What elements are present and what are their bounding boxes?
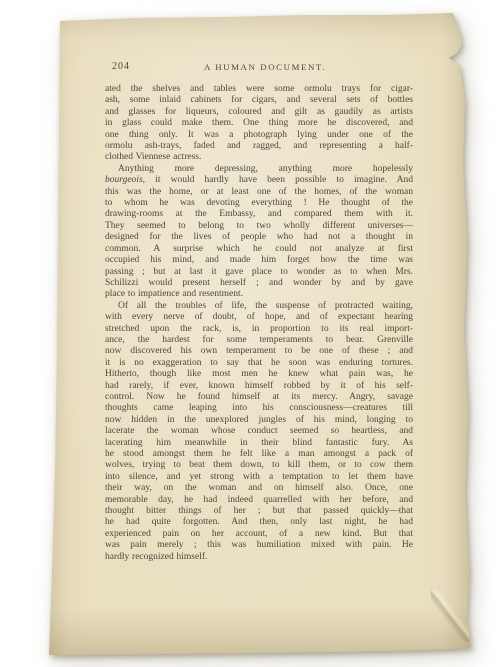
text-line: lacerating him meanwhile in their blind … bbox=[105, 438, 413, 449]
book-page: 204 A HUMAN DOCUMENT. ated the shelves a… bbox=[46, 12, 472, 658]
text-line: clothed Viennese actress. bbox=[105, 152, 413, 163]
paper-crease bbox=[431, 590, 469, 642]
text-line: They seemed to belong to two wholly diff… bbox=[105, 221, 413, 232]
text-line: ated the shelves and tables were some or… bbox=[105, 84, 413, 95]
text-line: bourgeois, it would hardly have been pos… bbox=[105, 175, 413, 186]
text-line: in glass could make them. One thing more… bbox=[105, 118, 413, 129]
text-line: Of all the troubles of life, the suspens… bbox=[105, 301, 413, 312]
scan-background: 204 A HUMAN DOCUMENT. ated the shelves a… bbox=[0, 0, 500, 667]
text-line: designed for the lives of people who had… bbox=[105, 232, 413, 243]
text-line: Schilizzi would present herself ; and wo… bbox=[105, 278, 413, 289]
text-line: to whom he was devoting everything ! He … bbox=[105, 198, 413, 209]
text-line: this was the home, or at least one of th… bbox=[105, 187, 413, 198]
text-line: drawing-rooms at the Embassy, and compar… bbox=[105, 209, 413, 220]
text-line: was pain merely ; this was humiliation m… bbox=[105, 540, 413, 551]
text-line: and glasses for liqueurs, coloured and g… bbox=[105, 107, 413, 118]
text-line: Hitherto, though like most men he knew w… bbox=[105, 369, 413, 380]
text-line: it is no exaggeration to say that he soo… bbox=[105, 358, 413, 369]
text-line: hardly recognized himself. bbox=[105, 552, 413, 563]
text-line: lacerate the woman whose conduct seemed … bbox=[105, 426, 413, 437]
text-line: stretched upon the rack, is, in proporti… bbox=[105, 324, 413, 335]
text-line: place to impatience and resentment. bbox=[105, 289, 413, 300]
text-line: thoughts came leaping into his conscious… bbox=[105, 403, 413, 414]
text-line: into silence, and yet strong with a temp… bbox=[105, 472, 413, 483]
text-line: now discovered his own temperament to be… bbox=[105, 346, 413, 357]
text-line: control. Now he found himself at its mer… bbox=[105, 392, 413, 403]
page-number: 204 bbox=[112, 61, 130, 72]
text-line: he had quite forgotten. And then, only l… bbox=[105, 517, 413, 528]
text-line: their way, on the woman and on himself a… bbox=[105, 483, 413, 494]
text-line: with every nerve of doubt, of hope, and … bbox=[105, 312, 413, 323]
text-line: passing ; but at last it gave place to w… bbox=[105, 267, 413, 278]
paper-sheet: 204 A HUMAN DOCUMENT. ated the shelves a… bbox=[46, 12, 472, 658]
text-line: thought bitter things of her ; but that … bbox=[105, 506, 413, 517]
text-line: now hidden in the unexplored jungles of … bbox=[105, 415, 413, 426]
page-header: 204 A HUMAN DOCUMENT. bbox=[105, 61, 413, 75]
text-line: wolves, trying to beat them down, to kil… bbox=[105, 460, 413, 471]
text-line: common. A surprise which he could not an… bbox=[105, 244, 413, 255]
text-line: had rarely, if ever, known himself robbe… bbox=[105, 381, 413, 392]
text-line: Anything more depressing, anything more … bbox=[105, 164, 413, 175]
text-line: one thing only. It was a photograph lyin… bbox=[105, 130, 413, 141]
running-title: A HUMAN DOCUMENT. bbox=[204, 62, 326, 72]
text-line: ance, the hardest for some temperaments … bbox=[105, 335, 413, 346]
text-line: ash, some inlaid cabinets for cigars, an… bbox=[105, 95, 413, 106]
text-line: ormolu ash-trays, faded and ragged, and … bbox=[105, 141, 413, 152]
page-body: ated the shelves and tables were some or… bbox=[105, 84, 413, 563]
text-line: he stood amongst them he felt like a man… bbox=[105, 449, 413, 460]
text-line: memorable day, he had indeed quarrelled … bbox=[105, 495, 413, 506]
text-line: experienced pain on her account, of a ne… bbox=[105, 529, 413, 540]
text-line: occupied his mind, and made him forget h… bbox=[105, 255, 413, 266]
